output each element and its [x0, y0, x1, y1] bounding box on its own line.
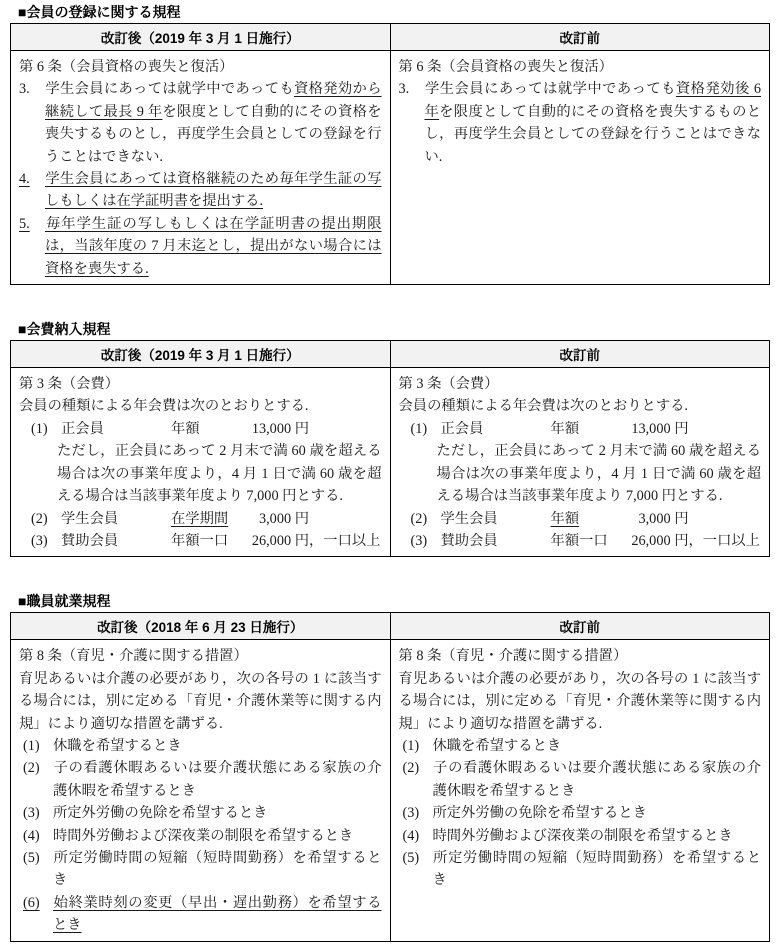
text-segment: 会員の種類による年会費は次のとおりとする. [19, 398, 309, 414]
before-cell: 第 3 条（会費）会員の種類による年会費は次のとおりとする.(1)正会員年額13… [390, 368, 770, 557]
column-header-before: 改訂前 [390, 24, 770, 51]
item-marker: (1) [31, 418, 61, 440]
fee-amount: 13,000 円 [249, 418, 309, 440]
text-line: 5.毎年学生証の写しもしくは在学証明書の提出期限は，当該年度の 7 月末迄とし，… [19, 213, 382, 280]
column-header-after: 改訂後（2019 年 3 月 1 日施行） [11, 24, 391, 51]
section-title: ■職員就業規程 [18, 593, 770, 609]
section-staff-employment: ■職員就業規程 改訂後（2018 年 6 月 23 日施行） 改訂前 第 8 条… [10, 593, 770, 941]
item-marker: 4. [19, 168, 45, 190]
item-marker: (1) [411, 418, 441, 440]
fee-amount: 26,000 円 [629, 530, 689, 552]
item-marker: (2) [31, 508, 61, 530]
text-line: 会員の種類による年会費は次のとおりとする. [19, 395, 382, 417]
text-segment: 第 3 条（会費） [19, 376, 119, 392]
fee-amount: 3,000 円 [629, 508, 689, 530]
comparison-table: 改訂後（2018 年 6 月 23 日施行） 改訂前 第 8 条（育児・介護に関… [10, 612, 770, 941]
column-header-before: 改訂前 [390, 613, 770, 640]
fee-amount: 3,000 円 [249, 508, 309, 530]
column-header-after: 改訂後（2019 年 3 月 1 日施行） [11, 341, 391, 368]
text-line: 第 6 条（会員資格の喪失と復活） [19, 56, 382, 78]
table-row: 第 6 条（会員資格の喪失と復活）3.学生会員にあっては就学中であっても資格発効… [11, 51, 770, 285]
text-segment: 学生会員にあっては就学中であっても [45, 81, 294, 97]
text-line: (2)子の看護休暇あるいは要介護状態にある家族の介護休暇を希望するとき [23, 757, 382, 802]
text-line: 第 3 条（会費） [19, 373, 382, 395]
fee-member-type: 学生会員 [61, 508, 171, 530]
text-line: (4)時間外労働および深夜業の制限を希望するとき [403, 825, 762, 847]
item-marker: (6) [23, 892, 53, 914]
fee-term: 在学期間 [171, 508, 249, 530]
text-segment: 第 3 条（会費） [399, 376, 499, 392]
fee-line: (1)正会員年額13,000 円 [31, 418, 382, 440]
item-marker: (2) [23, 757, 53, 779]
fee-term: 年額 [171, 418, 249, 440]
text-line: 第 6 条（会員資格の喪失と復活） [399, 56, 762, 78]
text-segment: 第 6 条（会員資格の喪失と復活） [19, 59, 233, 75]
item-marker: 3. [399, 78, 425, 100]
fee-line: (3)賛助会員年額一口26,000 円，一口以上 [31, 530, 382, 552]
text-line: (3)所定外労働の免除を希望するとき [403, 802, 762, 824]
comparison-table: 改訂後（2019 年 3 月 1 日施行） 改訂前 第 6 条（会員資格の喪失と… [10, 23, 770, 285]
item-marker: 3. [19, 78, 45, 100]
column-header-after: 改訂後（2018 年 6 月 23 日施行） [11, 613, 391, 640]
text-segment: 第 8 条（育児・介護に関する措置） [399, 648, 628, 664]
text-line: 育児あるいは介護の必要があり，次の各号の 1 に該当する場合には，別に定める「育… [19, 668, 382, 735]
fee-line: (3)賛助会員年額一口26,000 円，一口以上 [411, 530, 762, 552]
fee-term: 年額一口 [551, 530, 629, 552]
column-header-before: 改訂前 [390, 341, 770, 368]
fee-member-type: 賛助会員 [61, 530, 171, 552]
text-line: 第 8 条（育児・介護に関する措置） [399, 645, 762, 667]
text-segment: 始終業時刻の変更（早出・遅出勤務）を希望するとき [53, 895, 382, 933]
item-marker: (2) [411, 508, 441, 530]
fee-amount: 13,000 円 [629, 418, 689, 440]
before-cell: 第 8 条（育児・介護に関する措置）育児あるいは介護の必要があり，次の各号の 1… [390, 640, 770, 941]
item-marker: (3) [411, 530, 441, 552]
regulation-comparison-document: ■会員の登録に関する規程 改訂後（2019 年 3 月 1 日施行） 改訂前 第… [0, 0, 777, 948]
text-segment: 所定外労働の免除を希望するとき [433, 805, 647, 821]
text-line: (5)所定労働時間の短縮（短時間勤務）を希望するとき [403, 847, 762, 892]
text-segment: 第 6 条（会員資格の喪失と復活） [399, 59, 613, 75]
after-cell: 第 3 条（会費）会員の種類による年会費は次のとおりとする.(1)正会員年額13… [11, 368, 391, 557]
text-segment: 学生会員にあっては資格継続のため毎年学生証の写しもしくは在学証明書を提出する. [45, 171, 382, 209]
item-marker: (3) [403, 802, 433, 824]
text-line: (1)休職を希望するとき [23, 735, 382, 757]
text-segment: 所定労働時間の短縮（短時間勤務）を希望するとき [433, 850, 762, 888]
fee-line: (2)学生会員在学期間3,000 円 [31, 508, 382, 530]
item-marker: (2) [403, 757, 433, 779]
item-marker: (1) [23, 735, 53, 757]
text-line: 3.学生会員にあっては就学中であっても資格発効から継続して最長 9 年を限度とし… [19, 78, 382, 168]
item-marker: (4) [403, 825, 433, 847]
text-segment: ただし，正会員にあって 2 月末で満 60 歳を超える場合は次の事業年度より，4… [437, 443, 762, 504]
section-title: ■会費納入規程 [18, 321, 770, 337]
before-cell: 第 6 条（会員資格の喪失と復活）3.学生会員にあっては就学中であっても資格発効… [390, 51, 770, 285]
text-line: 3.学生会員にあっては就学中であっても資格発効後 6 年を限度として自動的にその… [399, 78, 762, 168]
text-line: (5)所定労働時間の短縮（短時間勤務）を希望するとき [23, 847, 382, 892]
fee-member-type: 正会員 [441, 418, 551, 440]
text-segment: 会員の種類による年会費は次のとおりとする. [399, 398, 689, 414]
fee-term: 年額 [551, 508, 629, 530]
text-line: 育児あるいは介護の必要があり，次の各号の 1 に該当する場合には，別に定める「育… [399, 668, 762, 735]
text-segment: 第 8 条（育児・介護に関する措置） [19, 648, 248, 664]
after-cell: 第 6 条（会員資格の喪失と復活）3.学生会員にあっては就学中であっても資格発効… [11, 51, 391, 285]
fee-term: 年額一口 [171, 530, 249, 552]
text-line: (4)時間外労働および深夜業の制限を希望するとき [23, 825, 382, 847]
text-line: (6)始終業時刻の変更（早出・遅出勤務）を希望するとき [23, 892, 382, 937]
item-marker: (5) [403, 847, 433, 869]
text-segment: 休職を希望するとき [53, 738, 182, 754]
section-member-registration: ■会員の登録に関する規程 改訂後（2019 年 3 月 1 日施行） 改訂前 第… [10, 4, 770, 285]
item-marker: (3) [23, 802, 53, 824]
section-fee-payment: ■会費納入規程 改訂後（2019 年 3 月 1 日施行） 改訂前 第 3 条（… [10, 321, 770, 557]
text-line: 第 8 条（育児・介護に関する措置） [19, 645, 382, 667]
after-cell: 第 8 条（育児・介護に関する措置）育児あるいは介護の必要があり，次の各号の 1… [11, 640, 391, 941]
text-segment: ただし，正会員にあって 2 月末で満 60 歳を超える場合は次の事業年度より，4… [57, 443, 382, 504]
text-line: (1)休職を希望するとき [403, 735, 762, 757]
table-row: 第 3 条（会費）会員の種類による年会費は次のとおりとする.(1)正会員年額13… [11, 368, 770, 557]
text-segment: を限度として自動的にその資格を喪失するものとし，再度学生会員としての登録を行うこ… [425, 104, 762, 165]
item-marker: (3) [31, 530, 61, 552]
text-segment: 学生会員にあっては就学中であっても [425, 81, 676, 97]
text-line: (3)所定外労働の免除を希望するとき [23, 802, 382, 824]
text-segment: 育児あるいは介護の必要があり，次の各号の 1 に該当する場合には，別に定める「育… [399, 671, 762, 732]
text-segment: 子の看護休暇あるいは要介護状態にある家族の介護休暇を希望するとき [433, 760, 762, 798]
fee-member-type: 賛助会員 [441, 530, 551, 552]
fee-amount-suffix: ，一口以上 [309, 533, 380, 549]
text-segment: 時間外労働および深夜業の制限を希望するとき [433, 828, 733, 844]
fee-amount: 26,000 円 [249, 530, 309, 552]
fee-line: (1)正会員年額13,000 円 [411, 418, 762, 440]
text-line: 4.学生会員にあっては資格継続のため毎年学生証の写しもしくは在学証明書を提出する… [19, 168, 382, 213]
text-segment: 毎年学生証の写しもしくは在学証明書の提出期限は，当該年度の 7 月末迄とし，提出… [45, 216, 382, 277]
text-line: 第 3 条（会費） [399, 373, 762, 395]
item-marker: (5) [23, 847, 53, 869]
text-line: 会員の種類による年会費は次のとおりとする. [399, 395, 762, 417]
item-marker: (4) [23, 825, 53, 847]
text-line: (2)子の看護休暇あるいは要介護状態にある家族の介護休暇を希望するとき [403, 757, 762, 802]
fee-member-type: 学生会員 [441, 508, 551, 530]
text-segment: 時間外労働および深夜業の制限を希望するとき [53, 828, 353, 844]
text-segment: 所定外労働の免除を希望するとき [53, 805, 267, 821]
text-line: ただし，正会員にあって 2 月末で満 60 歳を超える場合は次の事業年度より，4… [437, 440, 762, 507]
text-line: ただし，正会員にあって 2 月末で満 60 歳を超える場合は次の事業年度より，4… [57, 440, 382, 507]
item-marker: (1) [403, 735, 433, 757]
text-segment: 所定労働時間の短縮（短時間勤務）を希望するとき [53, 850, 382, 888]
comparison-table: 改訂後（2019 年 3 月 1 日施行） 改訂前 第 3 条（会費）会員の種類… [10, 340, 770, 557]
fee-line: (2)学生会員年額3,000 円 [411, 508, 762, 530]
text-segment: 休職を希望するとき [433, 738, 562, 754]
table-row: 第 8 条（育児・介護に関する措置）育児あるいは介護の必要があり，次の各号の 1… [11, 640, 770, 941]
fee-amount-suffix: ，一口以上 [689, 533, 760, 549]
section-title: ■会員の登録に関する規程 [18, 4, 770, 20]
fee-member-type: 正会員 [61, 418, 171, 440]
fee-term: 年額 [551, 418, 629, 440]
text-segment: 育児あるいは介護の必要があり，次の各号の 1 に該当する場合には，別に定める「育… [19, 671, 382, 732]
item-marker: 5. [19, 213, 45, 235]
text-segment: 子の看護休暇あるいは要介護状態にある家族の介護休暇を希望するとき [53, 760, 382, 798]
